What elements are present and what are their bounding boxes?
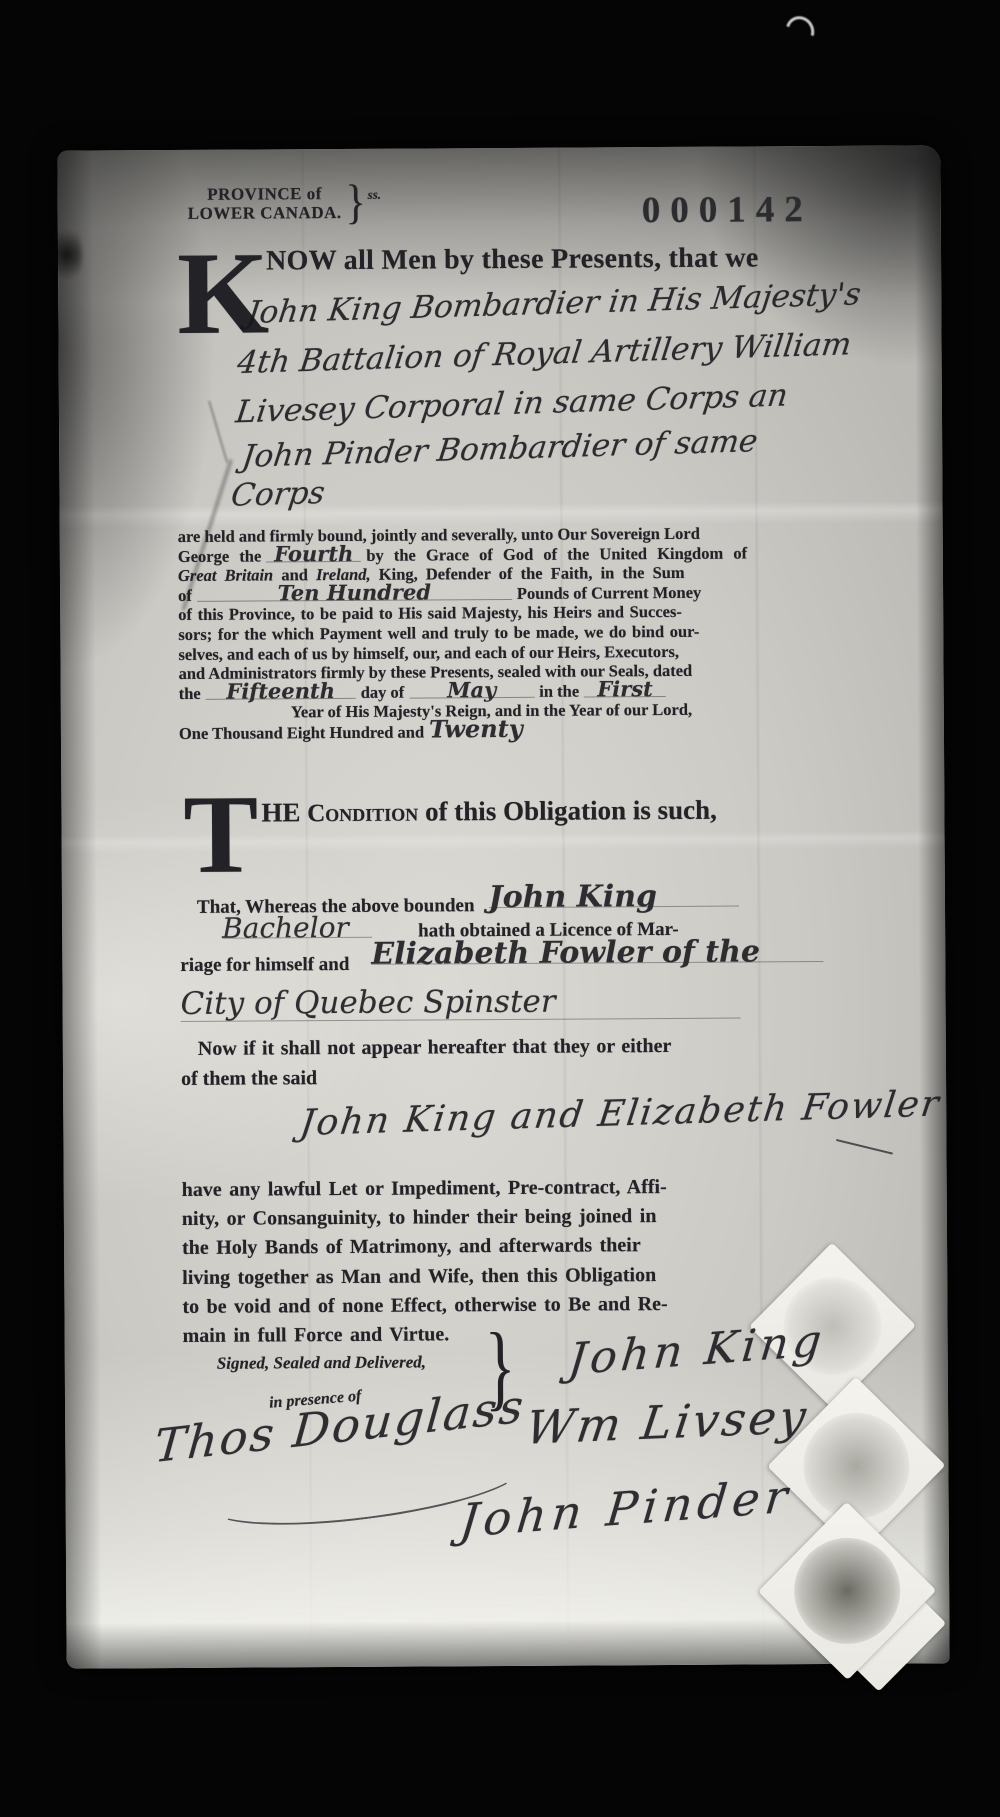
- brace-glyph: }: [345, 175, 366, 230]
- obligation-line: living together as Man and Wife, then th…: [182, 1260, 762, 1293]
- bond-text: day of: [361, 682, 405, 701]
- document-serial-number: 000142: [642, 188, 813, 232]
- handwritten-condition-bachelor: Bachelor: [222, 919, 372, 939]
- bond-text: of this Province, to be paid to His said…: [178, 602, 682, 624]
- handwritten-obligor-line: Corps: [229, 475, 327, 514]
- handwritten-month: May: [409, 682, 534, 699]
- bond-text: George the: [178, 546, 262, 566]
- condition-heading-text: HE: [261, 797, 307, 827]
- attestation-line: Signed, Sealed and Delivered,: [217, 1352, 426, 1373]
- province-heading: PROVINCE of LOWER CANADA. } ss.: [188, 179, 382, 228]
- paper-crease: [208, 401, 228, 463]
- province-line-1: PROVINCE of: [188, 184, 342, 204]
- condition-heading-smallcaps: Condition: [307, 800, 418, 828]
- dropcap-t: T: [183, 789, 258, 881]
- know-heading: NOW all Men by these Presents, that we: [266, 242, 759, 277]
- bond-text: selves, and each of us by himself, our, …: [178, 641, 679, 663]
- obligation-line: have any lawful Let or Impediment, Pre-c…: [182, 1172, 762, 1205]
- bond-text: Pounds of Current Money: [517, 583, 702, 603]
- condition-heading: HE Condition of this Obligation is such,: [261, 795, 717, 829]
- pen-flourish: [836, 1139, 893, 1155]
- whereas-text: riage for himself and: [180, 954, 349, 976]
- microfilm-scan: PROVINCE of LOWER CANADA. } ss. 000142 K…: [0, 0, 1000, 1817]
- bond-text: are held and firmly bound, jointly and s…: [178, 524, 700, 546]
- handwritten-day: Fifteenth: [206, 683, 356, 700]
- handwritten-groom-name: John King: [488, 888, 738, 909]
- province-line-2: LOWER CANADA.: [188, 203, 342, 223]
- bond-text: One Thousand Eight Hundred and: [179, 722, 424, 742]
- handwritten-obligor-line: John Pinder Bombardier of same: [240, 423, 760, 475]
- handwritten-sum: Ten Hundred: [197, 584, 512, 602]
- bond-line: sors; for the which Payment well and tru…: [178, 621, 768, 644]
- handwritten-obligor-line: Livesey Corporal in same Corps an: [234, 378, 790, 431]
- whereas-line: riage for himself andElizabeth Fowler of…: [180, 949, 823, 977]
- handwritten-couple-names: John King and Elizabeth Fowler: [298, 1084, 943, 1145]
- obligation-line: the Holy Bands of Matrimony, and afterwa…: [182, 1231, 762, 1264]
- obligation-line: to be void and of none Effect, otherwise…: [182, 1289, 762, 1322]
- bond-text: the: [179, 684, 201, 703]
- document-page: PROVINCE of LOWER CANADA. } ss. 000142 K…: [57, 145, 949, 1668]
- edge-blotch: [52, 223, 82, 287]
- bond-paragraph: are held and firmly bound, jointly and s…: [178, 523, 769, 742]
- handwritten-obligor-line: John King Bombardier in His Majesty's: [245, 276, 863, 331]
- now-clause-line: of them the said: [181, 1067, 317, 1091]
- handwritten-year: Twenty: [429, 721, 523, 737]
- whereas-line: City of Quebec Spinster: [180, 983, 740, 1022]
- bond-text: sors; for the which Payment well and tru…: [178, 622, 699, 644]
- film-curl-icon: [781, 11, 820, 51]
- bond-line: One Thousand Eight Hundred andTwenty: [179, 719, 769, 742]
- handwritten-regnal-name: Fourth: [266, 545, 361, 562]
- bond-text: in the: [539, 681, 579, 700]
- handwritten-regnal-year: First: [584, 681, 666, 698]
- handwritten-bride-residence: City of Quebec Spinster: [180, 984, 740, 1022]
- ss-abbreviation: ss.: [368, 187, 381, 203]
- bond-text: by the Grace of God of the United Kingdo…: [366, 543, 747, 564]
- bond-text: of: [178, 586, 192, 605]
- handwritten-bride-name: Elizabeth Fowler of the: [371, 943, 823, 965]
- bond-text-italic: Great Britain: [178, 566, 273, 586]
- condition-heading-text: of this Obligation is such,: [418, 795, 717, 827]
- signature-wm-livsey: Wm Livsey: [523, 1389, 812, 1455]
- obligation-line: nity, or Consanguinity, to hinder their …: [182, 1202, 762, 1235]
- now-clause-line: Now if it shall not appear hereafter tha…: [198, 1035, 672, 1061]
- handwritten-obligor-line: 4th Battalion of Royal Artillery William: [235, 326, 853, 381]
- obligation-paragraph: have any lawful Let or Impediment, Pre-c…: [182, 1172, 763, 1351]
